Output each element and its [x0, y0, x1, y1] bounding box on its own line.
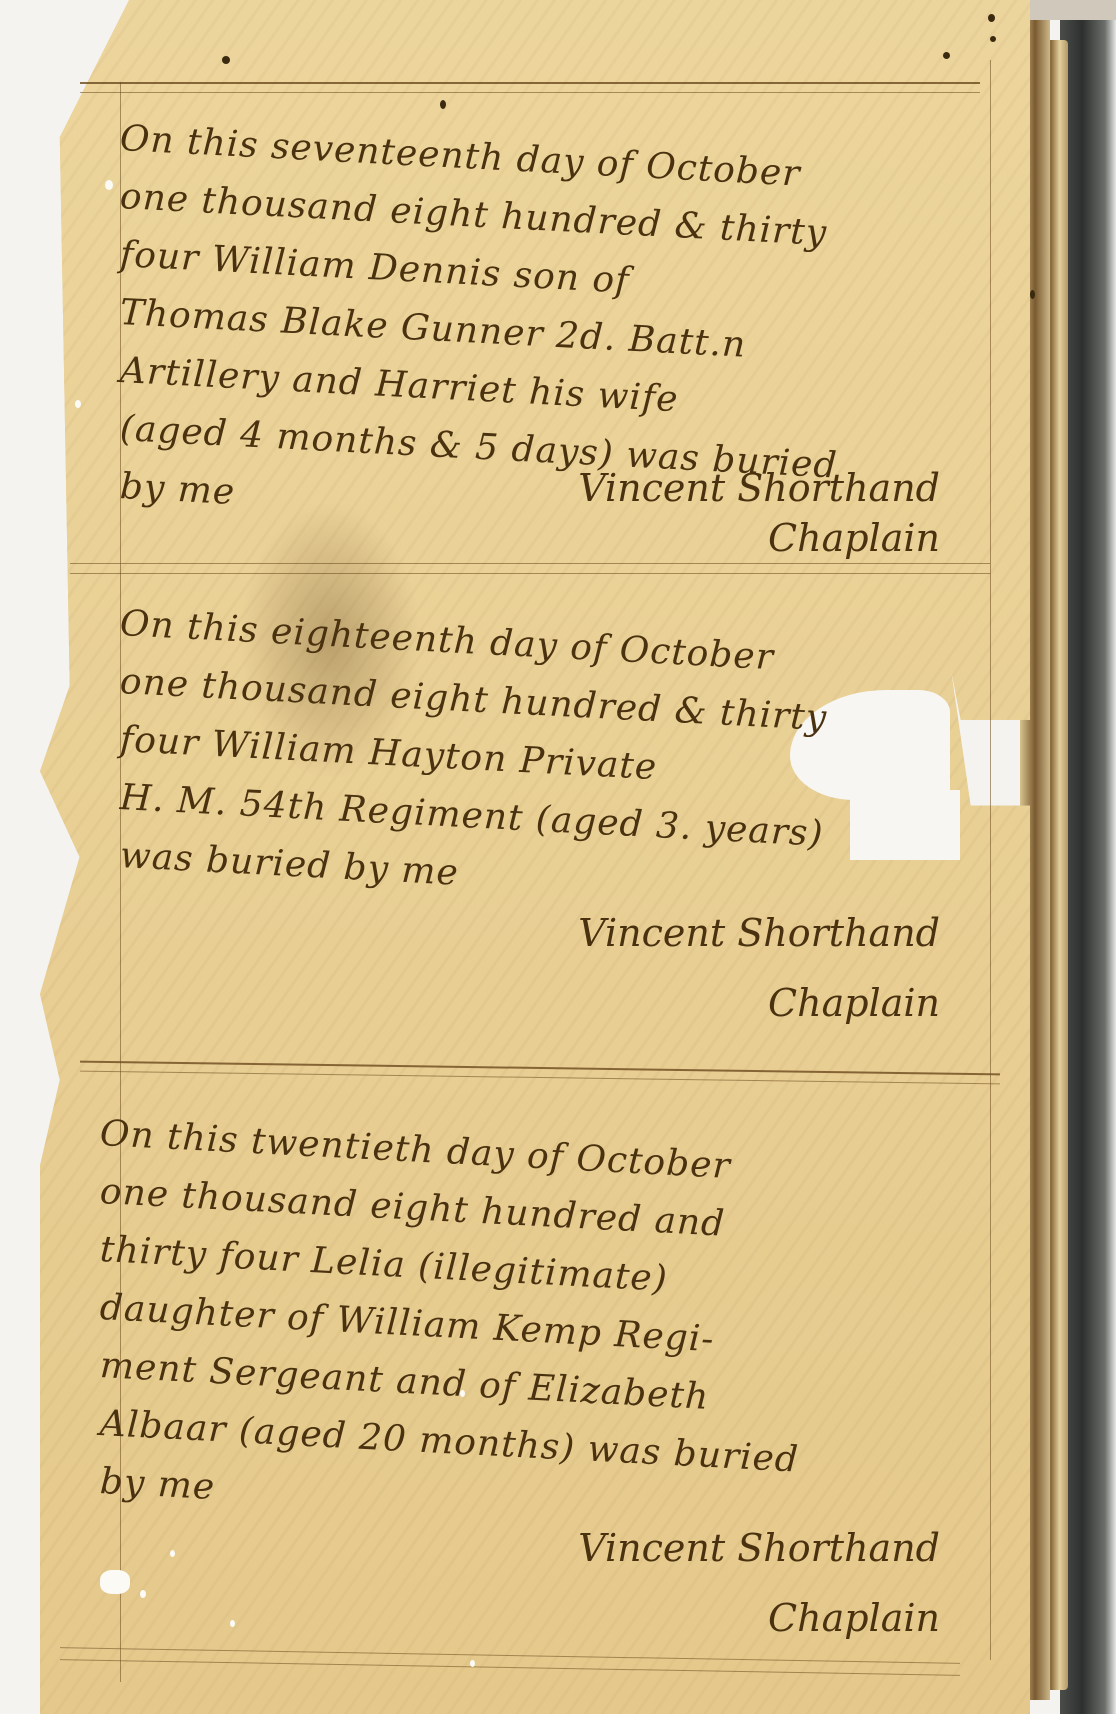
worm-hole [75, 400, 81, 408]
worm-hole [470, 1660, 475, 1667]
register-entry-3: On this twentieth day of October one tho… [100, 1105, 920, 1511]
top-rule [80, 82, 980, 84]
signature-title-2: Chaplain [120, 975, 960, 1031]
signature-name: Vincent Shorthand [120, 905, 940, 961]
ink-spot [943, 52, 950, 59]
ink-spot [222, 56, 230, 64]
signature-title: Chaplain [120, 510, 940, 566]
ink-spot [988, 14, 995, 22]
divider-1-double [70, 573, 990, 574]
signature-name: Vincent Shorthand [120, 1520, 940, 1576]
worm-hole [105, 180, 113, 190]
worm-hole [460, 1390, 465, 1397]
register-entry-2: On this eighteenth day of October one th… [120, 595, 940, 885]
signature-title-1: Chaplain [120, 510, 960, 566]
book-binding [1060, 20, 1116, 1714]
signature-title: Chaplain [120, 1590, 940, 1646]
ink-spot [990, 36, 996, 42]
worm-hole [140, 1590, 146, 1598]
register-entry-1: On this seventeenth day of October one t… [120, 110, 940, 516]
worm-hole [230, 1620, 235, 1627]
ink-spot [1030, 290, 1035, 299]
signature-block-2: Vincent Shorthand [120, 905, 960, 961]
right-margin-rule [990, 60, 991, 1660]
signature-title: Chaplain [120, 975, 940, 1031]
signature-name: Vincent Shorthand [120, 460, 940, 516]
signature-title-3: Chaplain [120, 1590, 960, 1646]
worm-hole [170, 1550, 175, 1557]
signature-block-3: Vincent Shorthand [120, 1520, 960, 1576]
top-rule-double [80, 92, 980, 93]
signature-block-1: Vincent Shorthand [120, 460, 960, 516]
ink-spot [440, 100, 446, 109]
worm-hole [100, 1570, 130, 1594]
